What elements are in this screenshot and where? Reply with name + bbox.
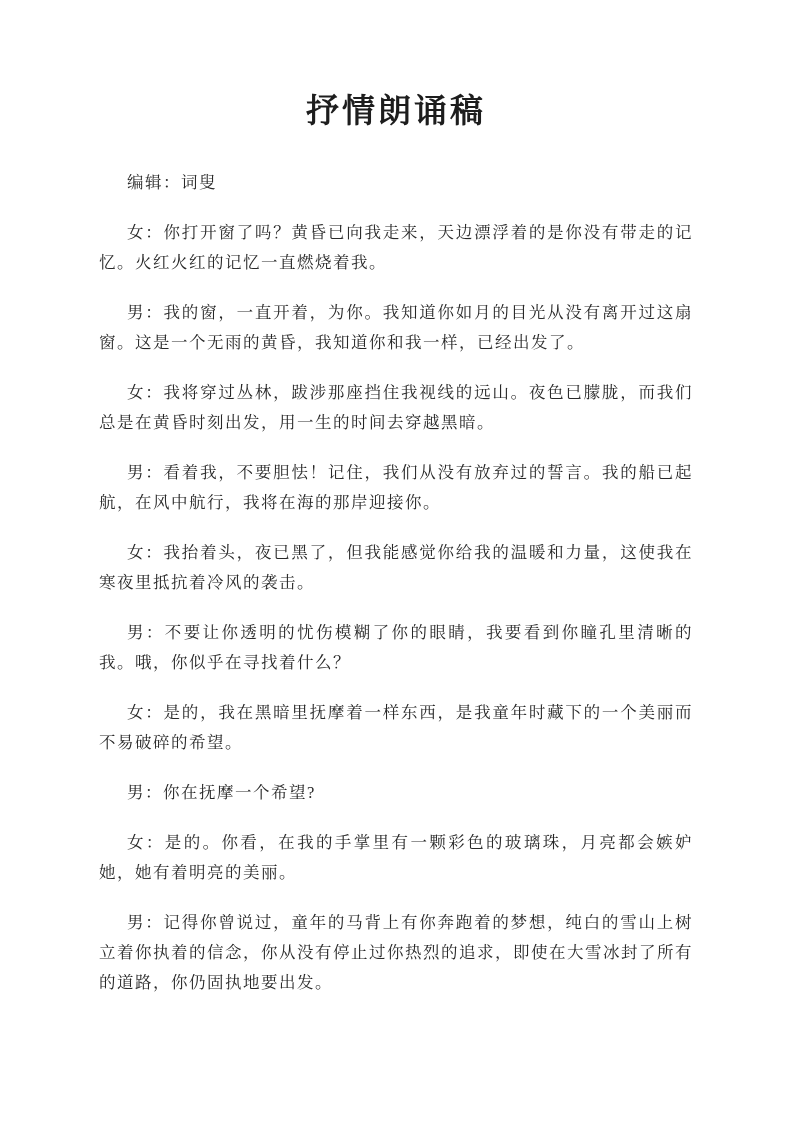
dialogue-paragraph-6: 男：不要让你透明的忧伤模糊了你的眼睛，我要看到你瞳孔里清晰的我。哦，你似乎在寻找… xyxy=(99,618,693,678)
document-title: 抒情朗诵稿 xyxy=(99,92,693,132)
editor-byline: 编辑：词叟 xyxy=(99,168,693,198)
dialogue-paragraph-8: 男：你在抚摩一个希望? xyxy=(99,778,693,808)
dialogue-paragraph-9: 女：是的。你看，在我的手掌里有一颗彩色的玻璃珠，月亮都会嫉妒她，她有着明亮的美丽… xyxy=(99,828,693,888)
dialogue-paragraph-4: 男：看着我，不要胆怯！记住，我们从没有放弃过的誓言。我的船已起航，在风中航行，我… xyxy=(99,458,693,518)
dialogue-paragraph-2: 男：我的窗，一直开着，为你。我知道你如月的目光从没有离开过这扇窗。这是一个无雨的… xyxy=(99,298,693,358)
document-body: 女：你打开窗了吗？黄昏已向我走来，天边漂浮着的是你没有带走的记忆。火红火红的记忆… xyxy=(99,218,693,998)
dialogue-paragraph-1: 女：你打开窗了吗？黄昏已向我走来，天边漂浮着的是你没有带走的记忆。火红火红的记忆… xyxy=(99,218,693,278)
dialogue-paragraph-10: 男：记得你曾说过，童年的马背上有你奔跑着的梦想，纯白的雪山上树立着你执着的信念，… xyxy=(99,908,693,998)
document-page: 抒情朗诵稿 编辑：词叟 女：你打开窗了吗？黄昏已向我走来，天边漂浮着的是你没有带… xyxy=(0,0,793,1122)
dialogue-paragraph-5: 女：我抬着头，夜已黑了，但我能感觉你给我的温暖和力量，这使我在寒夜里抵抗着冷风的… xyxy=(99,538,693,598)
dialogue-paragraph-7: 女：是的，我在黑暗里抚摩着一样东西，是我童年时藏下的一个美丽而不易破碎的希望。 xyxy=(99,698,693,758)
dialogue-paragraph-3: 女：我将穿过丛林，跋涉那座挡住我视线的远山。夜色已朦胧，而我们总是在黄昏时刻出发… xyxy=(99,378,693,438)
